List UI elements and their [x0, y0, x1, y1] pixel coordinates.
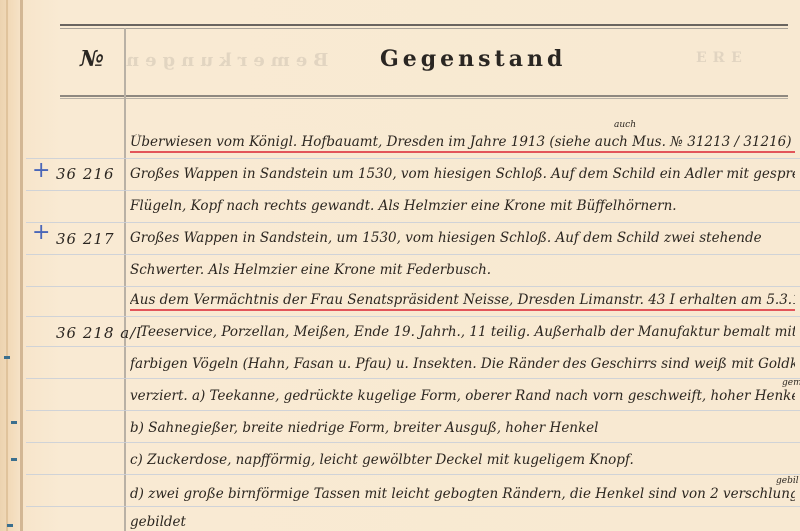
superscript-insertion: gem: [782, 378, 800, 388]
entry-line: Großes Wappen in Sandstein, um 1530, vom…: [130, 230, 795, 246]
column-header-number: №: [80, 46, 104, 72]
margin-ink-mark: [11, 458, 17, 461]
entry-line: farbigen Vögeln (Hahn, Fasan u. Pfau) u.…: [130, 356, 795, 372]
margin-ink-mark: [7, 524, 13, 527]
entry-subitem-d: d) zwei große birnförmige Tassen mit lei…: [130, 486, 795, 502]
entry-line: Teeservice, Porzellan, Meißen, Ende 19. …: [140, 324, 795, 340]
column-header-subject: Gegenstand: [380, 46, 566, 72]
entry-line-continued: gebildet: [130, 514, 795, 530]
ledger-page: Bemerkungen ƎЯƎ № Gegenstand auch Überwi…: [0, 0, 800, 531]
header-bottom-rule: [60, 95, 788, 97]
ruled-line: [26, 190, 800, 191]
column-divider: [124, 28, 126, 531]
margin-ink-mark: [4, 356, 10, 359]
page-edge: [6, 0, 8, 531]
header-bottom-rule-thin: [60, 98, 788, 99]
entry-provenance-line: Überwiesen vom Königl. Hofbauamt, Dresde…: [130, 134, 795, 153]
ruled-line: [26, 378, 800, 379]
top-rule-thin: [60, 28, 788, 29]
ruled-line: [26, 410, 800, 411]
superscript-insertion: auch: [614, 120, 636, 130]
entry-line: Flügeln, Kopf nach rechts gewandt. Als H…: [130, 198, 795, 214]
entry-subitem-b: b) Sahnegießer, breite niedrige Form, br…: [130, 420, 795, 436]
binding-fold: [20, 0, 23, 531]
entry-line: verziert. a) Teekanne, gedrückte kugelig…: [130, 388, 795, 404]
ruled-line: [26, 346, 800, 347]
top-rule: [60, 24, 788, 26]
ruled-line: [26, 222, 800, 223]
entry-number: 36 218 a/l: [56, 324, 142, 342]
entry-subitem-c: c) Zuckerdose, napfförmig, leicht gewölb…: [130, 452, 795, 468]
ruled-line: [26, 316, 800, 317]
entry-line: Schwerter. Als Helmzier eine Krone mit F…: [130, 262, 795, 278]
cross-mark-icon: +: [32, 222, 50, 244]
ruled-line: [26, 158, 800, 159]
entry-number: 36 216: [56, 165, 115, 183]
ruled-line: [26, 506, 800, 507]
superscript-insertion: gebil: [776, 476, 799, 486]
ruled-line: [26, 254, 800, 255]
entry-provenance-line: Aus dem Vermächtnis der Frau Senatspräsi…: [130, 292, 795, 311]
bleed-through-text-right: ƎЯƎ: [690, 50, 742, 66]
entry-line: Großes Wappen in Sandstein um 1530, vom …: [130, 166, 795, 182]
ruled-line: [26, 286, 800, 287]
ruled-line: [26, 474, 800, 475]
bleed-through-text: Bemerkungen: [120, 50, 328, 71]
cross-mark-icon: +: [32, 160, 50, 182]
ruled-line: [26, 442, 800, 443]
margin-ink-mark: [11, 421, 17, 424]
entry-number: 36 217: [56, 230, 115, 248]
